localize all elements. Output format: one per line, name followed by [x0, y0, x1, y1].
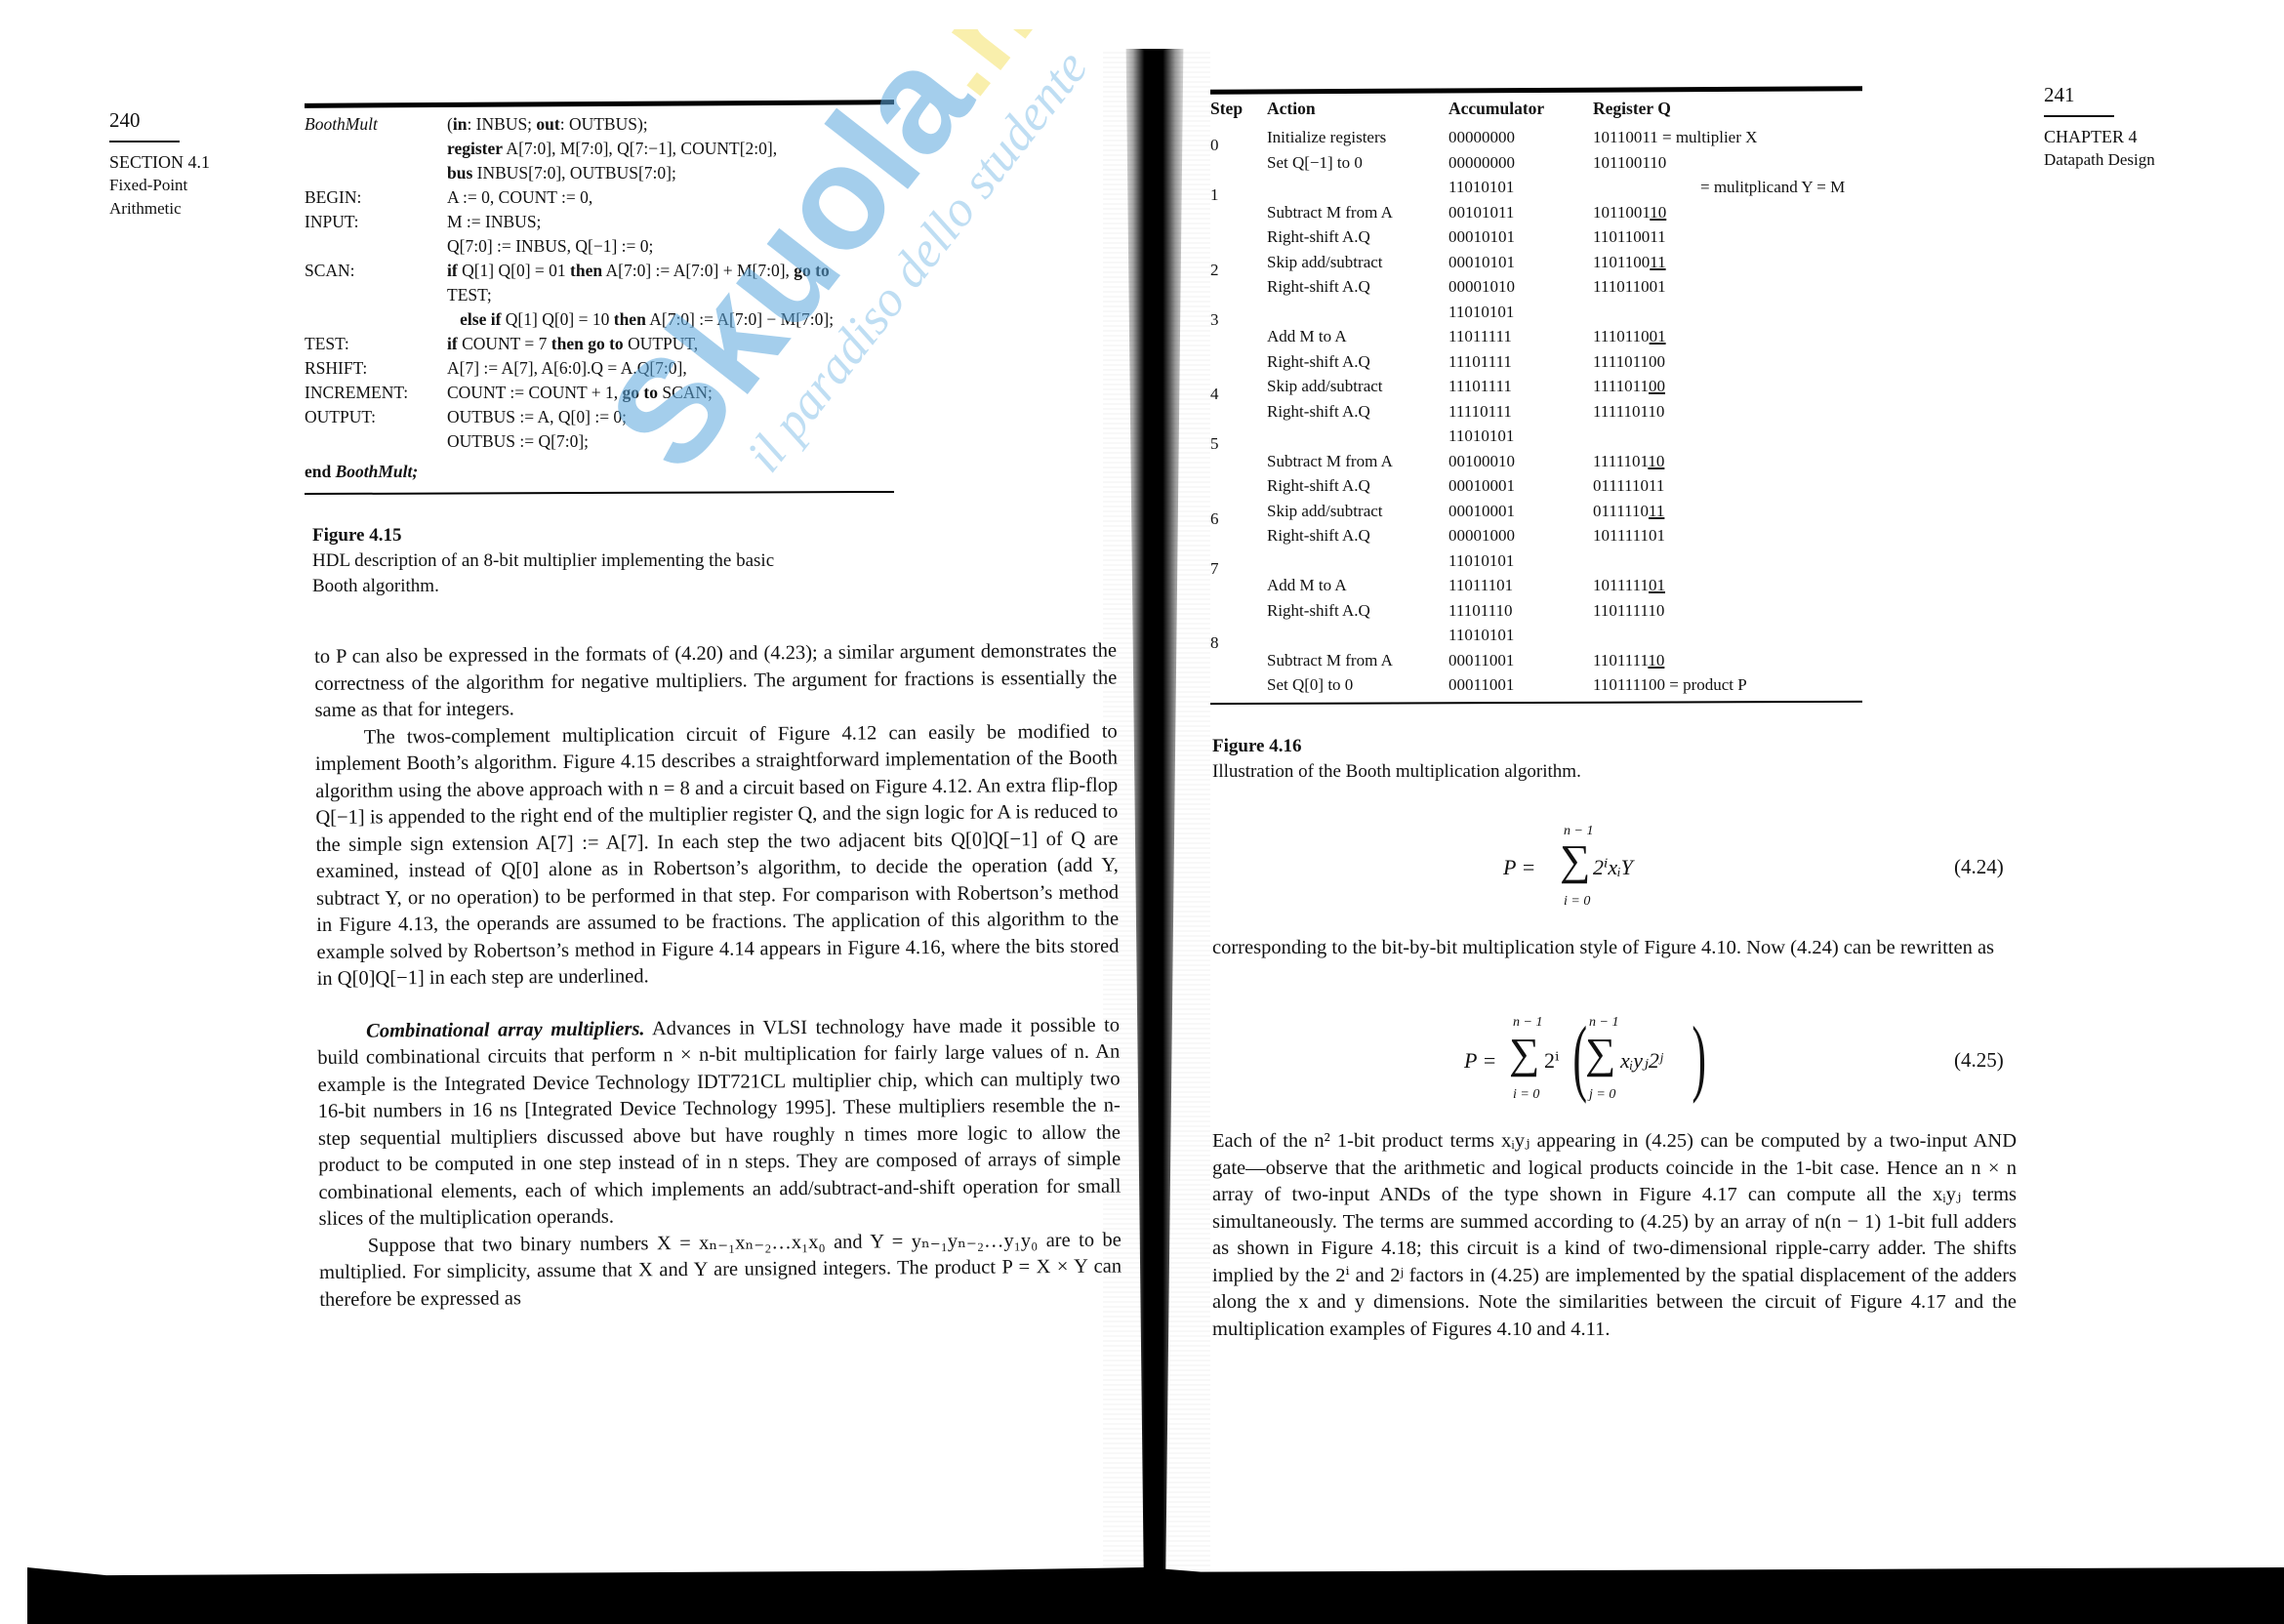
paragraph: corresponding to the bit-by-bit multipli… [1212, 935, 2017, 962]
hdl-label [305, 161, 447, 185]
cell-register-q [1593, 548, 1862, 574]
eq-upper-limit: n − 1 [1513, 1015, 1542, 1031]
right-body-text-end: Each of the n² 1-bit product terms xᵢyⱼ … [1212, 1128, 2017, 1343]
running-head-rule [2044, 115, 2114, 117]
cell-action: Skip add/subtract [1267, 250, 1448, 275]
paragraph: The twos-complement multiplication circu… [315, 718, 1120, 993]
table-row: 711010101 [1210, 548, 1862, 574]
figure-number: Figure 4.15 [312, 523, 898, 548]
hdl-code-block: BoothMult(in: INBUS; out: OUTBUS);regist… [305, 112, 894, 454]
table-row: 6Skip add/subtract00010001011111011 [1210, 499, 1862, 524]
table-row: 4Skip add/subtract11101111111101100 [1210, 374, 1862, 399]
hdl-label: INPUT: [305, 210, 447, 234]
paragraph-text: Advances in VLSI technology have made it… [317, 1014, 1121, 1230]
header-register-q: Register Q [1593, 93, 1862, 125]
table-row: 2Skip add/subtract00010101110110011 [1210, 250, 1862, 275]
table-header-row: Step Action Accumulator Register Q [1210, 93, 1862, 125]
cell-register-q: 101100110 [1593, 150, 1862, 176]
table-row: Subtract M from A00011001110111110 [1210, 648, 1862, 673]
cell-accumulator: 00010101 [1448, 250, 1593, 275]
cell-accumulator: 00010001 [1448, 473, 1593, 499]
section-title-line1: Fixed-Point [109, 174, 210, 197]
hdl-line: TEST; [305, 283, 894, 307]
table-row: Right-shift A.Q00001010111011001 [1210, 274, 1862, 300]
cell-step: 7 [1210, 556, 1267, 582]
hdl-line: bus INBUS[7:0], OUTBUS[7:0]; [305, 161, 894, 185]
hdl-line: Q[7:0] := INBUS, Q[−1] := 0; [305, 234, 894, 259]
cell-accumulator: 11011111 [1448, 324, 1593, 349]
booth-steps-table: Step Action Accumulator Register Q 0Init… [1210, 93, 1862, 698]
cell-step: 6 [1210, 507, 1267, 532]
cell-register-q: 101111101 [1593, 573, 1862, 598]
cell-register-q: 110111110 [1593, 648, 1862, 673]
page-number-left: 240 [109, 107, 210, 133]
cell-register-q: 10110011 = multiplier X [1593, 125, 1862, 150]
section-label: SECTION 4.1 [109, 150, 210, 174]
hdl-code: Q[7:0] := INBUS, Q[−1] := 0; [447, 234, 894, 259]
hdl-code: else if Q[1] Q[0] = 10 then A[7:0] := A[… [447, 307, 894, 332]
cell-action: Subtract M from A [1267, 200, 1448, 225]
section-title-line2: Arithmetic [109, 197, 210, 221]
sigma-icon: ∑ [1509, 1035, 1539, 1074]
cell-action [1267, 548, 1448, 574]
cell-register-q: 110110011 [1593, 250, 1862, 275]
cell-accumulator: 00010101 [1448, 224, 1593, 250]
cell-accumulator: 00001000 [1448, 523, 1593, 548]
figure-caption: Illustration of the Booth multiplication… [1212, 759, 1896, 785]
cell-register-q: 110111110 [1593, 598, 1862, 624]
cell-accumulator: 11010101 [1448, 623, 1593, 648]
table-row: Right-shift A.Q11101110110111110 [1210, 598, 1862, 624]
hdl-label: OUTPUT: [305, 405, 447, 429]
left-running-head: 240 SECTION 4.1 Fixed-Point Arithmetic [109, 107, 210, 221]
hdl-code: TEST; [447, 283, 894, 307]
cell-register-q: 011111011 [1593, 473, 1862, 499]
table-row: Right-shift A.Q00001000101111101 [1210, 523, 1862, 548]
table-row: Add M to A11011111111011001 [1210, 324, 1862, 349]
table-row: Right-shift A.Q11101111111101100 [1210, 349, 1862, 375]
table-row: 511010101 [1210, 424, 1862, 449]
cell-step: 3 [1210, 307, 1267, 333]
eq-inner-lower: j = 0 [1589, 1087, 1615, 1103]
cell-action: Skip add/subtract [1267, 374, 1448, 399]
cell-register-q [1593, 300, 1862, 325]
table-body: 0Initialize registers0000000010110011 = … [1210, 125, 1862, 698]
cell-accumulator: 11011101 [1448, 573, 1593, 598]
table-row: Add M to A11011101101111101 [1210, 573, 1862, 598]
cell-step [1210, 598, 1267, 624]
page-number-right: 241 [2044, 82, 2155, 107]
hdl-line: SCAN:if Q[1] Q[0] = 01 then A[7:0] := A[… [305, 259, 894, 283]
figure-4-15-caption: Figure 4.15 HDL description of an 8-bit … [312, 523, 898, 599]
hdl-line: register A[7:0], M[7:0], Q[7:−1], COUNT[… [305, 137, 894, 161]
table-row: Set Q[0] to 000011001110111100 = product… [1210, 672, 1862, 698]
right-paren-icon: ) [1692, 1015, 1706, 1101]
table-row: Subtract M from A00100010111110110 [1210, 449, 1862, 474]
hdl-code: OUTBUS := Q[7:0]; [447, 429, 894, 454]
figure-4-16-table: Step Action Accumulator Register Q 0Init… [1210, 88, 1862, 704]
cell-register-q: 111011001 [1593, 274, 1862, 300]
chapter-label: CHAPTER 4 [2044, 125, 2155, 148]
table-row: Set Q[−1] to 000000000101100110 [1210, 150, 1862, 176]
hdl-code: register A[7:0], M[7:0], Q[7:−1], COUNT[… [447, 137, 894, 161]
hdl-label: BoothMult [305, 112, 447, 137]
equation-4-24: P = n − 1 ∑ 2ⁱxᵢY i = 0 (4.24) [1503, 820, 2011, 917]
hdl-line: RSHIFT:A[7] := A[7], A[6:0].Q = A.Q[7:0]… [305, 356, 894, 381]
hdl-label: BEGIN: [305, 185, 447, 210]
equation-number: (4.25) [1954, 1048, 2004, 1073]
paragraph-combinational: Combinational array multipliers. Advance… [317, 1012, 1122, 1233]
cell-accumulator: 11010101 [1448, 175, 1593, 200]
cell-action: Right-shift A.Q [1267, 224, 1448, 250]
hdl-line: INPUT:M := INBUS; [305, 210, 894, 234]
cell-action: Right-shift A.Q [1267, 473, 1448, 499]
hdl-line: TEST:if COUNT = 7 then go to OUTPUT, [305, 332, 894, 356]
hdl-label: SCAN: [305, 259, 447, 283]
cell-accumulator: 00010001 [1448, 499, 1593, 524]
cell-accumulator: 00011001 [1448, 648, 1593, 673]
eq-lhs: P = [1503, 855, 1535, 880]
cell-register-q [1593, 424, 1862, 449]
cell-register-q [1593, 623, 1862, 648]
hdl-label [305, 307, 447, 332]
cell-action [1267, 175, 1448, 200]
cell-accumulator: 11010101 [1448, 424, 1593, 449]
eq-lower-limit: i = 0 [1564, 894, 1590, 910]
paragraph: Each of the n² 1-bit product terms xᵢyⱼ … [1212, 1128, 2017, 1343]
cell-register-q: 101100110 [1593, 200, 1862, 225]
cell-step: 1 [1210, 183, 1267, 208]
cell-step: 0 [1210, 133, 1267, 158]
hdl-code: if Q[1] Q[0] = 01 then A[7:0] := A[7:0] … [447, 259, 894, 283]
cell-register-q: 111011001 [1593, 324, 1862, 349]
cell-step [1210, 349, 1267, 375]
paragraph: Suppose that two binary numbers X = xₙ₋₁… [319, 1227, 1122, 1314]
cell-register-q: 011111011 [1593, 499, 1862, 524]
hdl-code: OUTBUS := A, Q[0] := 0; [447, 405, 894, 429]
hdl-line: OUTPUT:OUTBUS := A, Q[0] := 0; [305, 405, 894, 429]
hdl-label [305, 283, 447, 307]
figure-4-15-hdl: BoothMult(in: INBUS; out: OUTBUS);regist… [305, 101, 894, 494]
cell-accumulator: 00100010 [1448, 449, 1593, 474]
table-row: Right-shift A.Q11110111111110110 [1210, 399, 1862, 425]
watermark-brand-suffix: .net [892, 29, 1093, 118]
cell-accumulator: 00000000 [1448, 125, 1593, 150]
equation-4-25: P = n − 1 ∑ i = 0 2ⁱ ( n − 1 ∑ j = 0 xᵢy… [1464, 1011, 2011, 1113]
cell-action: Right-shift A.Q [1267, 399, 1448, 425]
hdl-label [305, 137, 447, 161]
cell-action: Add M to A [1267, 324, 1448, 349]
figure-caption-line1: HDL description of an 8-bit multiplier i… [312, 548, 898, 574]
cell-action: Right-shift A.Q [1267, 523, 1448, 548]
header-step: Step [1210, 93, 1267, 125]
hdl-line: else if Q[1] Q[0] = 10 then A[7:0] := A[… [305, 307, 894, 332]
hdl-label: TEST: [305, 332, 447, 356]
eq-factor: 2ⁱ [1544, 1048, 1559, 1074]
cell-accumulator: 00001010 [1448, 274, 1593, 300]
cell-register-q: 111110110 [1593, 449, 1862, 474]
cell-action [1267, 424, 1448, 449]
cell-accumulator: 11101110 [1448, 598, 1593, 624]
cell-step [1210, 672, 1267, 698]
hdl-code: (in: INBUS; out: OUTBUS); [447, 112, 894, 137]
cell-action: Set Q[−1] to 0 [1267, 150, 1448, 176]
hdl-code: M := INBUS; [447, 210, 894, 234]
eq-body: 2ⁱxᵢY [1593, 855, 1633, 880]
cell-accumulator: 00101011 [1448, 200, 1593, 225]
left-body-text: to P can also be expressed in the format… [314, 638, 1122, 1314]
cell-register-q: 101111101 [1593, 523, 1862, 548]
cell-accumulator: 00011001 [1448, 672, 1593, 698]
left-page: 240 SECTION 4.1 Fixed-Point Arithmetic B… [0, 0, 1132, 1624]
cell-step: 5 [1210, 431, 1267, 457]
cell-step: 4 [1210, 382, 1267, 407]
cell-accumulator: 11010101 [1448, 300, 1593, 325]
paragraph: to P can also be expressed in the format… [314, 638, 1118, 725]
cell-step [1210, 224, 1267, 250]
cell-action: Right-shift A.Q [1267, 598, 1448, 624]
figure-caption-line2: Booth algorithm. [312, 574, 898, 599]
hdl-label: RSHIFT: [305, 356, 447, 381]
cell-action: Right-shift A.Q [1267, 274, 1448, 300]
hdl-code: COUNT := COUNT + 1, go to SCAN; [447, 381, 894, 405]
cell-action: Skip add/subtract [1267, 499, 1448, 524]
header-accumulator: Accumulator [1448, 93, 1593, 125]
figure-top-rule [305, 100, 894, 108]
cell-register-q: 110111100 = product P [1593, 672, 1862, 698]
cell-action: Add M to A [1267, 573, 1448, 598]
sigma-icon: ∑ [1560, 841, 1590, 880]
hdl-end-line: end BoothMult; [305, 460, 894, 484]
right-body-text-mid: corresponding to the bit-by-bit multipli… [1212, 935, 2017, 962]
table-row: Right-shift A.Q00010001011111011 [1210, 473, 1862, 499]
figure-bottom-rule [305, 491, 894, 495]
cell-action: Right-shift A.Q [1267, 349, 1448, 375]
hdl-label: INCREMENT: [305, 381, 447, 405]
hdl-line: INCREMENT:COUNT := COUNT + 1, go to SCAN… [305, 381, 894, 405]
hdl-line: OUTBUS := Q[7:0]; [305, 429, 894, 454]
table-row: 311010101 [1210, 300, 1862, 325]
running-head-rule [109, 141, 180, 142]
cell-action [1267, 300, 1448, 325]
equation-number: (4.24) [1954, 855, 2004, 879]
cell-step [1210, 473, 1267, 499]
hdl-line: BoothMult(in: INBUS; out: OUTBUS); [305, 112, 894, 137]
header-action: Action [1267, 93, 1448, 125]
cell-step: 8 [1210, 630, 1267, 656]
eq-inner-upper: n − 1 [1589, 1015, 1618, 1031]
cell-action: Subtract M from A [1267, 648, 1448, 673]
hdl-line: BEGIN:A := 0, COUNT := 0, [305, 185, 894, 210]
hdl-code: if COUNT = 7 then go to OUTPUT, [447, 332, 894, 356]
cell-register-q: = mulitplicand Y = M [1593, 175, 1862, 200]
cell-accumulator: 11010101 [1448, 548, 1593, 574]
cell-register-q: 111101100 [1593, 349, 1862, 375]
run-in-heading: Combinational array multipliers. [366, 1018, 645, 1041]
cell-action: Initialize registers [1267, 125, 1448, 150]
figure-4-16-caption: Figure 4.16 Illustration of the Booth mu… [1212, 734, 1896, 785]
figure-number: Figure 4.16 [1212, 734, 1896, 759]
cell-action [1267, 623, 1448, 648]
eq-lhs: P = [1464, 1048, 1496, 1074]
cell-action: Subtract M from A [1267, 449, 1448, 474]
hdl-end-name: BoothMult; [336, 460, 419, 484]
hdl-label [305, 429, 447, 454]
table-row: 0Initialize registers0000000010110011 = … [1210, 125, 1862, 150]
table-row: 811010101 [1210, 623, 1862, 648]
scan-bottom-edge [27, 1567, 2284, 1624]
table-row: Right-shift A.Q00010101110110011 [1210, 224, 1862, 250]
eq-lower-limit: i = 0 [1513, 1087, 1539, 1103]
hdl-code: A[7] := A[7], A[6:0].Q = A.Q[7:0], [447, 356, 894, 381]
cell-action: Set Q[0] to 0 [1267, 672, 1448, 698]
hdl-label [305, 234, 447, 259]
sigma-icon: ∑ [1585, 1035, 1615, 1074]
table-row: 111010101= mulitplicand Y = M [1210, 175, 1862, 200]
hdl-end-keyword: end [305, 460, 331, 484]
cell-register-q: 111101100 [1593, 374, 1862, 399]
cell-step: 2 [1210, 258, 1267, 283]
cell-register-q: 111110110 [1593, 399, 1862, 425]
cell-register-q: 110110011 [1593, 224, 1862, 250]
cell-accumulator: 00000000 [1448, 150, 1593, 176]
cell-accumulator: 11101111 [1448, 374, 1593, 399]
cell-accumulator: 11110111 [1448, 399, 1593, 425]
hdl-code: bus INBUS[7:0], OUTBUS[7:0]; [447, 161, 894, 185]
eq-inner-body: xᵢyⱼ2ʲ [1620, 1048, 1662, 1074]
table-row: Subtract M from A00101011101100110 [1210, 200, 1862, 225]
cell-accumulator: 11101111 [1448, 349, 1593, 375]
chapter-title: Datapath Design [2044, 148, 2155, 172]
hdl-code: A := 0, COUNT := 0, [447, 185, 894, 210]
right-running-head: 241 CHAPTER 4 Datapath Design [2044, 82, 2155, 172]
